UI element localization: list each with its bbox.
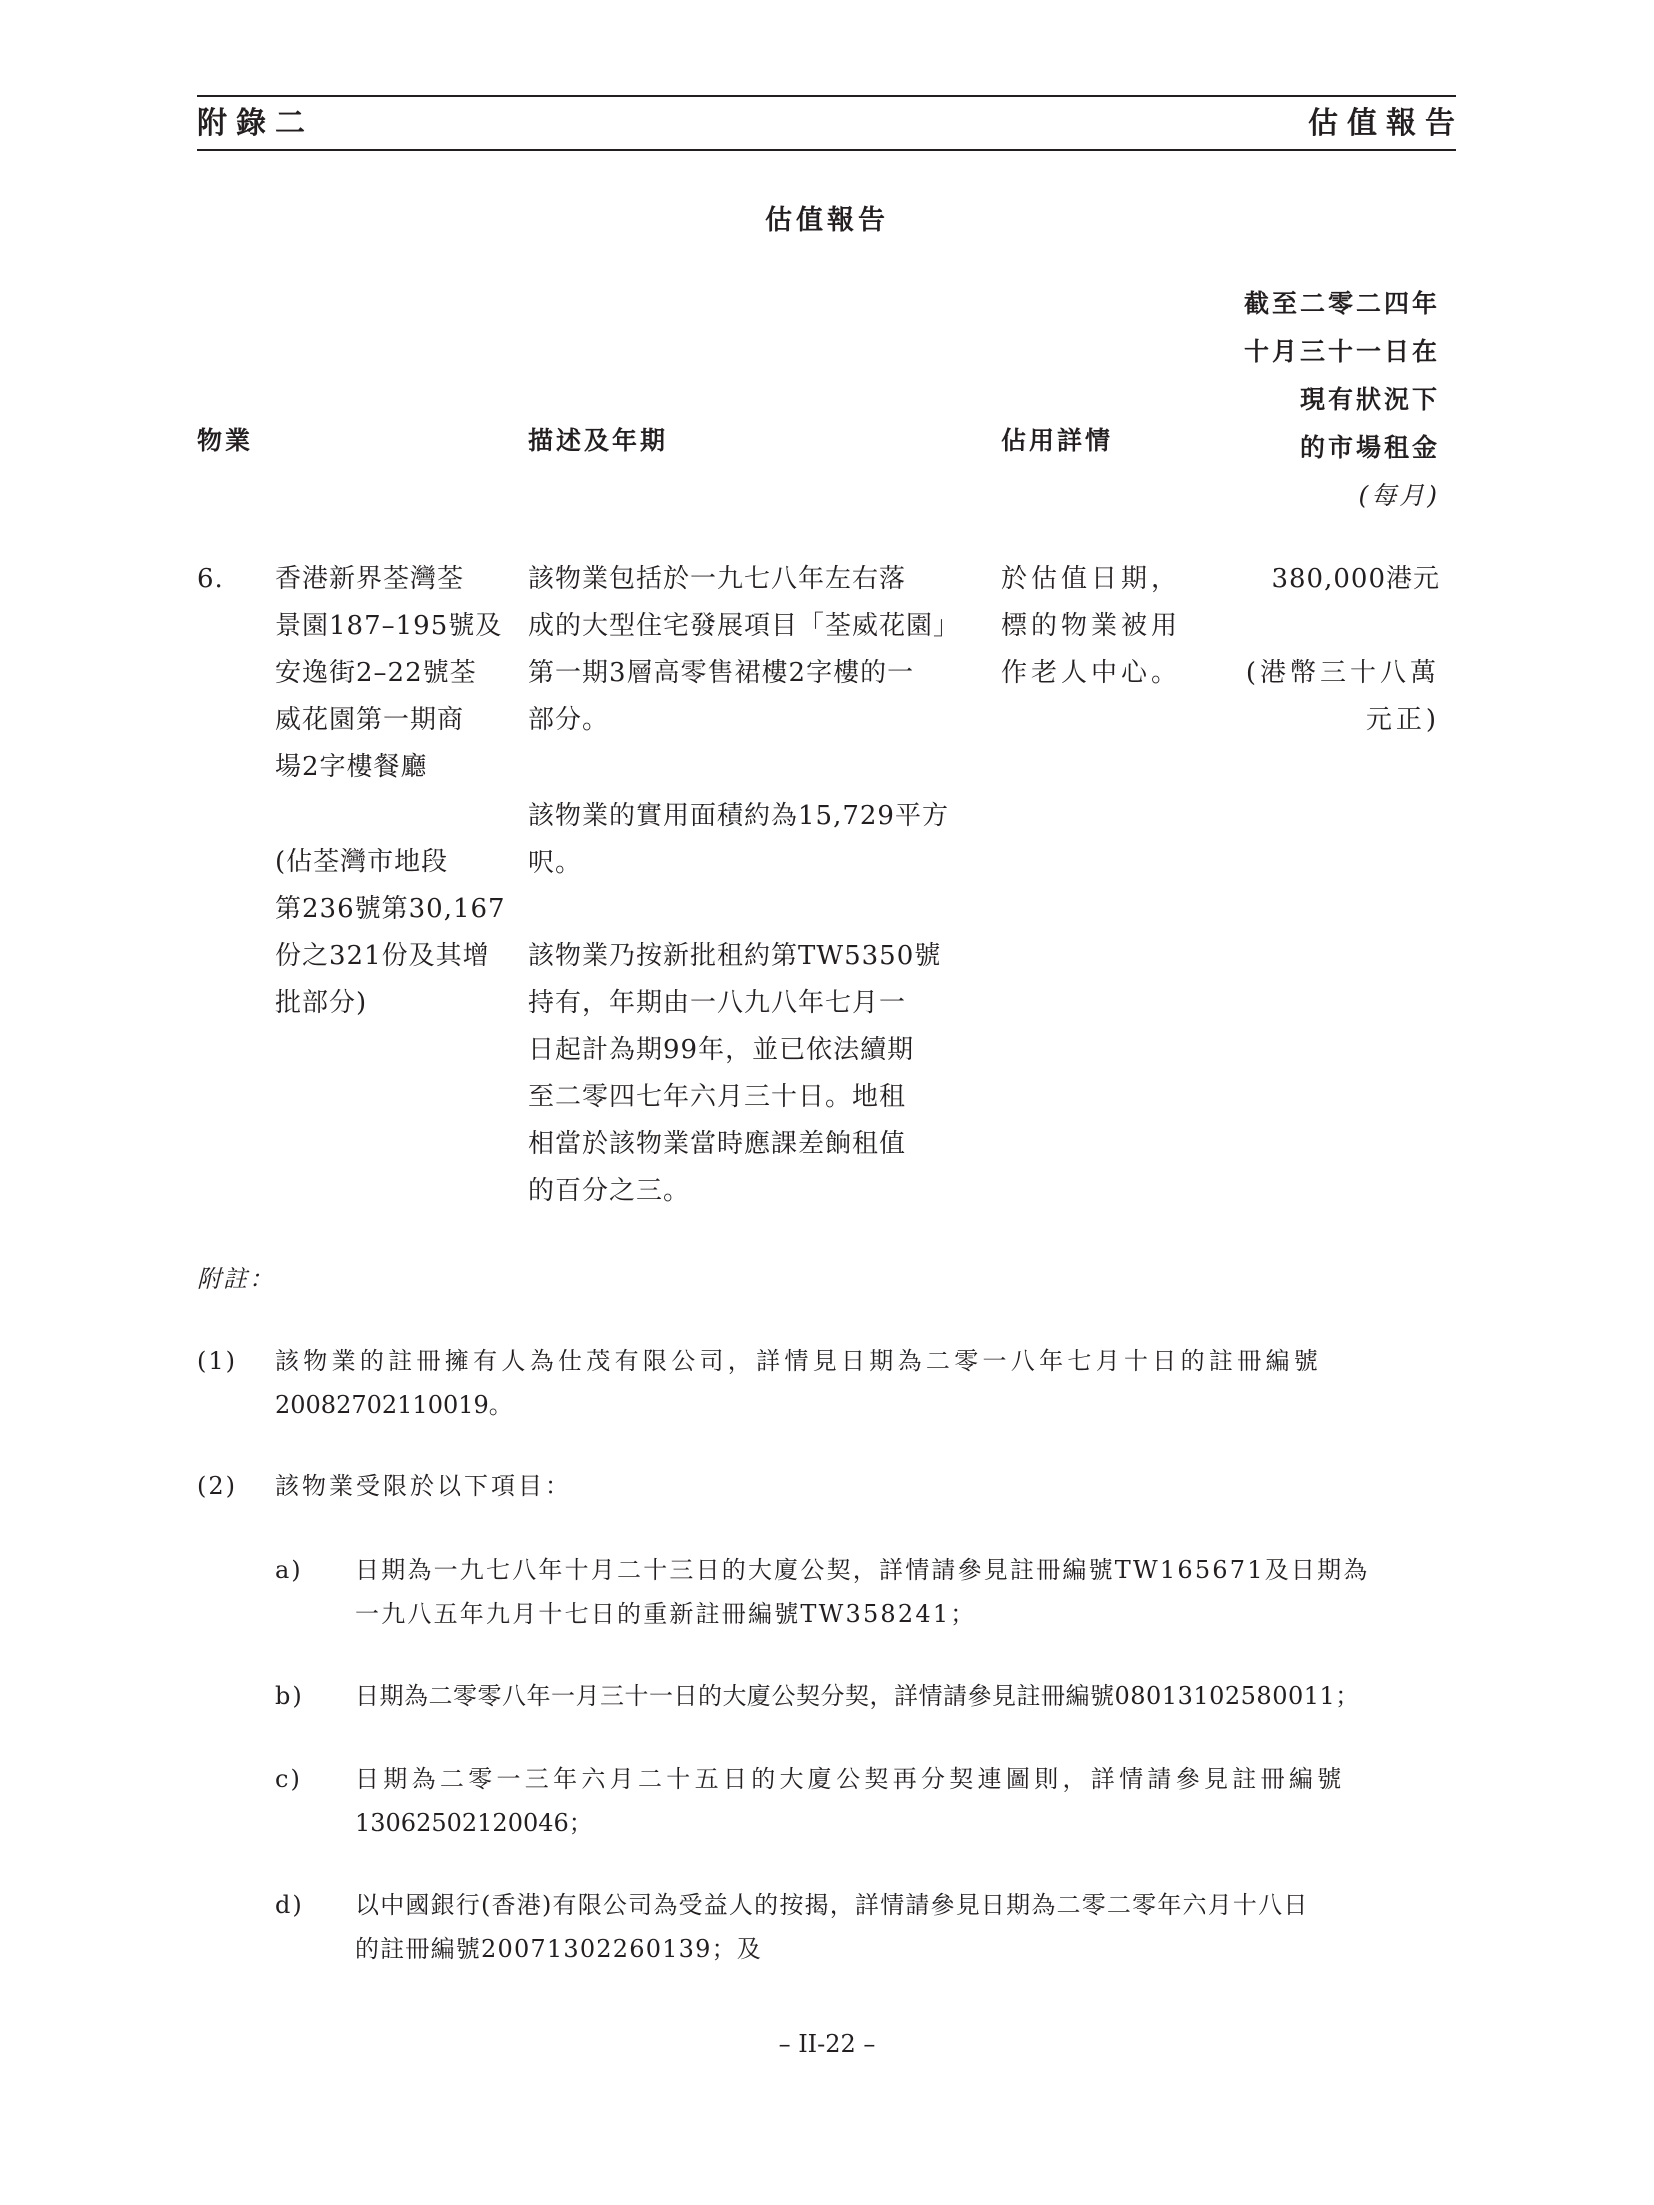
subitem-line: 以中國銀行(香港)有限公司為受益人的按揭，詳情請參見日期為二零二零年六月十八日	[355, 1883, 1309, 1927]
subitem-line: 一九八五年九月十七日的重新註冊編號TW358241；	[355, 1592, 1370, 1636]
header-top-rule	[197, 95, 1456, 97]
property-address: 香港新界荃灣荃 景園187–195號及 安逸街2–22號荃 威花園第一期商 場2…	[275, 556, 502, 791]
lot-line: 批部分)	[275, 980, 506, 1027]
description-line: 呎。	[528, 840, 949, 887]
note-1-label: (1)	[197, 1339, 237, 1383]
subitem-d-label: d)	[275, 1883, 304, 1927]
occupancy-line: 作老人中心。	[1001, 650, 1181, 697]
subitem-line: 的註冊編號20071302260139；及	[355, 1927, 1309, 1971]
row-number: 6.	[197, 556, 224, 603]
column-header-rent: 截至二零二四年 十月三十一日在 現有狀況下 的市場租金 (每月)	[1244, 280, 1440, 520]
occupancy-line: 標的物業被用	[1001, 603, 1181, 650]
page-title: 估值報告	[0, 198, 1654, 237]
description-line: 至二零四七年六月三十日。地租	[528, 1074, 941, 1121]
column-header-property: 物業	[197, 424, 253, 458]
description-line: 相當於該物業當時應課差餉租值	[528, 1121, 941, 1168]
note-line: 該物業的註冊擁有人為仕茂有限公司，詳情見日期為二零一八年七月十日的註冊編號	[275, 1339, 1322, 1383]
occupancy-line: 於估值日期，	[1001, 556, 1181, 603]
subitem-line: 13062502120046；	[355, 1801, 1346, 1845]
subitem-c-text: 日期為二零一三年六月二十五日的大廈公契再分契連圖則，詳情請參見註冊編號 1306…	[355, 1757, 1346, 1845]
note-line: 20082702110019。	[275, 1383, 1322, 1427]
rent-header-line: 截至二零二四年	[1244, 280, 1440, 328]
subitem-b-label: b)	[275, 1674, 304, 1718]
note-2-label: (2)	[197, 1464, 237, 1508]
rent-value: 380,000港元	[1271, 556, 1440, 603]
property-line: 景園187–195號及	[275, 603, 502, 650]
property-line: 安逸街2–22號荃	[275, 650, 502, 697]
description-line: 部分。	[528, 697, 960, 744]
header-bottom-rule	[197, 149, 1456, 151]
description-paragraph-1: 該物業包括於一九七八年左右落 成的大型住宅發展項目「荃威花園」 第一期3層高零售…	[528, 556, 960, 744]
description-line: 持有，年期由一八九八年七月一	[528, 980, 941, 1027]
rent-header-line: 的市場租金	[1244, 424, 1440, 472]
property-lot: (佔荃灣市地段 第236號第30,167 份之321份及其增 批部分)	[275, 839, 506, 1027]
notes-heading: 附註：	[197, 1257, 275, 1301]
description-line: 該物業包括於一九七八年左右落	[528, 556, 960, 603]
rent-words-line: 元正)	[1246, 697, 1440, 744]
rent-in-words: (港幣三十八萬 元正)	[1246, 650, 1440, 744]
subitem-b-text: 日期為二零零八年一月三十一日的大廈公契分契，詳情請參見註冊編號080131025…	[355, 1674, 1360, 1718]
description-paragraph-3: 該物業乃按新批租約第TW5350號 持有，年期由一八九八年七月一 日起計為期99…	[528, 933, 941, 1215]
subitem-d-text: 以中國銀行(香港)有限公司為受益人的按揭，詳情請參見日期為二零二零年六月十八日 …	[355, 1883, 1309, 1971]
subitem-a-text: 日期為一九七八年十月二十三日的大廈公契，詳情請參見註冊編號TW165671及日期…	[355, 1548, 1370, 1636]
description-line: 該物業乃按新批租約第TW5350號	[528, 933, 941, 980]
description-line: 成的大型住宅發展項目「荃威花園」	[528, 603, 960, 650]
rent-header-unit: (每月)	[1244, 472, 1440, 520]
description-paragraph-2: 該物業的實用面積約為15,729平方 呎。	[528, 793, 949, 887]
description-line: 該物業的實用面積約為15,729平方	[528, 793, 949, 840]
occupancy-details: 於估值日期， 標的物業被用 作老人中心。	[1001, 556, 1181, 697]
rent-header-line: 十月三十一日在	[1244, 328, 1440, 376]
property-line: 威花園第一期商	[275, 697, 502, 744]
column-header-description: 描述及年期	[528, 424, 668, 458]
property-line: 場2字樓餐廳	[275, 744, 502, 791]
page-number: – II-22 –	[0, 2030, 1654, 2058]
subitem-c-label: c)	[275, 1757, 302, 1801]
subitem-line: 日期為一九七八年十月二十三日的大廈公契，詳情請參見註冊編號TW165671及日期…	[355, 1548, 1370, 1592]
lot-line: 份之321份及其增	[275, 933, 506, 980]
description-line: 日起計為期99年，並已依法續期	[528, 1027, 941, 1074]
description-line: 第一期3層高零售裙樓2字樓的一	[528, 650, 960, 697]
description-line: 的百分之三。	[528, 1168, 941, 1215]
subitem-line: 日期為二零一三年六月二十五日的大廈公契再分契連圖則，詳情請參見註冊編號	[355, 1757, 1346, 1801]
rent-words-line: (港幣三十八萬	[1246, 650, 1440, 697]
property-line: 香港新界荃灣荃	[275, 556, 502, 603]
note-1-text: 該物業的註冊擁有人為仕茂有限公司，詳情見日期為二零一八年七月十日的註冊編號 20…	[275, 1339, 1322, 1427]
subitem-a-label: a)	[275, 1548, 303, 1592]
column-header-occupancy: 佔用詳情	[1001, 424, 1113, 458]
appendix-label: 附錄二	[197, 106, 314, 142]
note-2-text: 該物業受限於以下項目：	[275, 1464, 572, 1508]
lot-line: (佔荃灣市地段	[275, 839, 506, 886]
rent-header-line: 現有狀況下	[1244, 376, 1440, 424]
section-label: 估值報告	[1308, 106, 1464, 142]
lot-line: 第236號第30,167	[275, 886, 506, 933]
